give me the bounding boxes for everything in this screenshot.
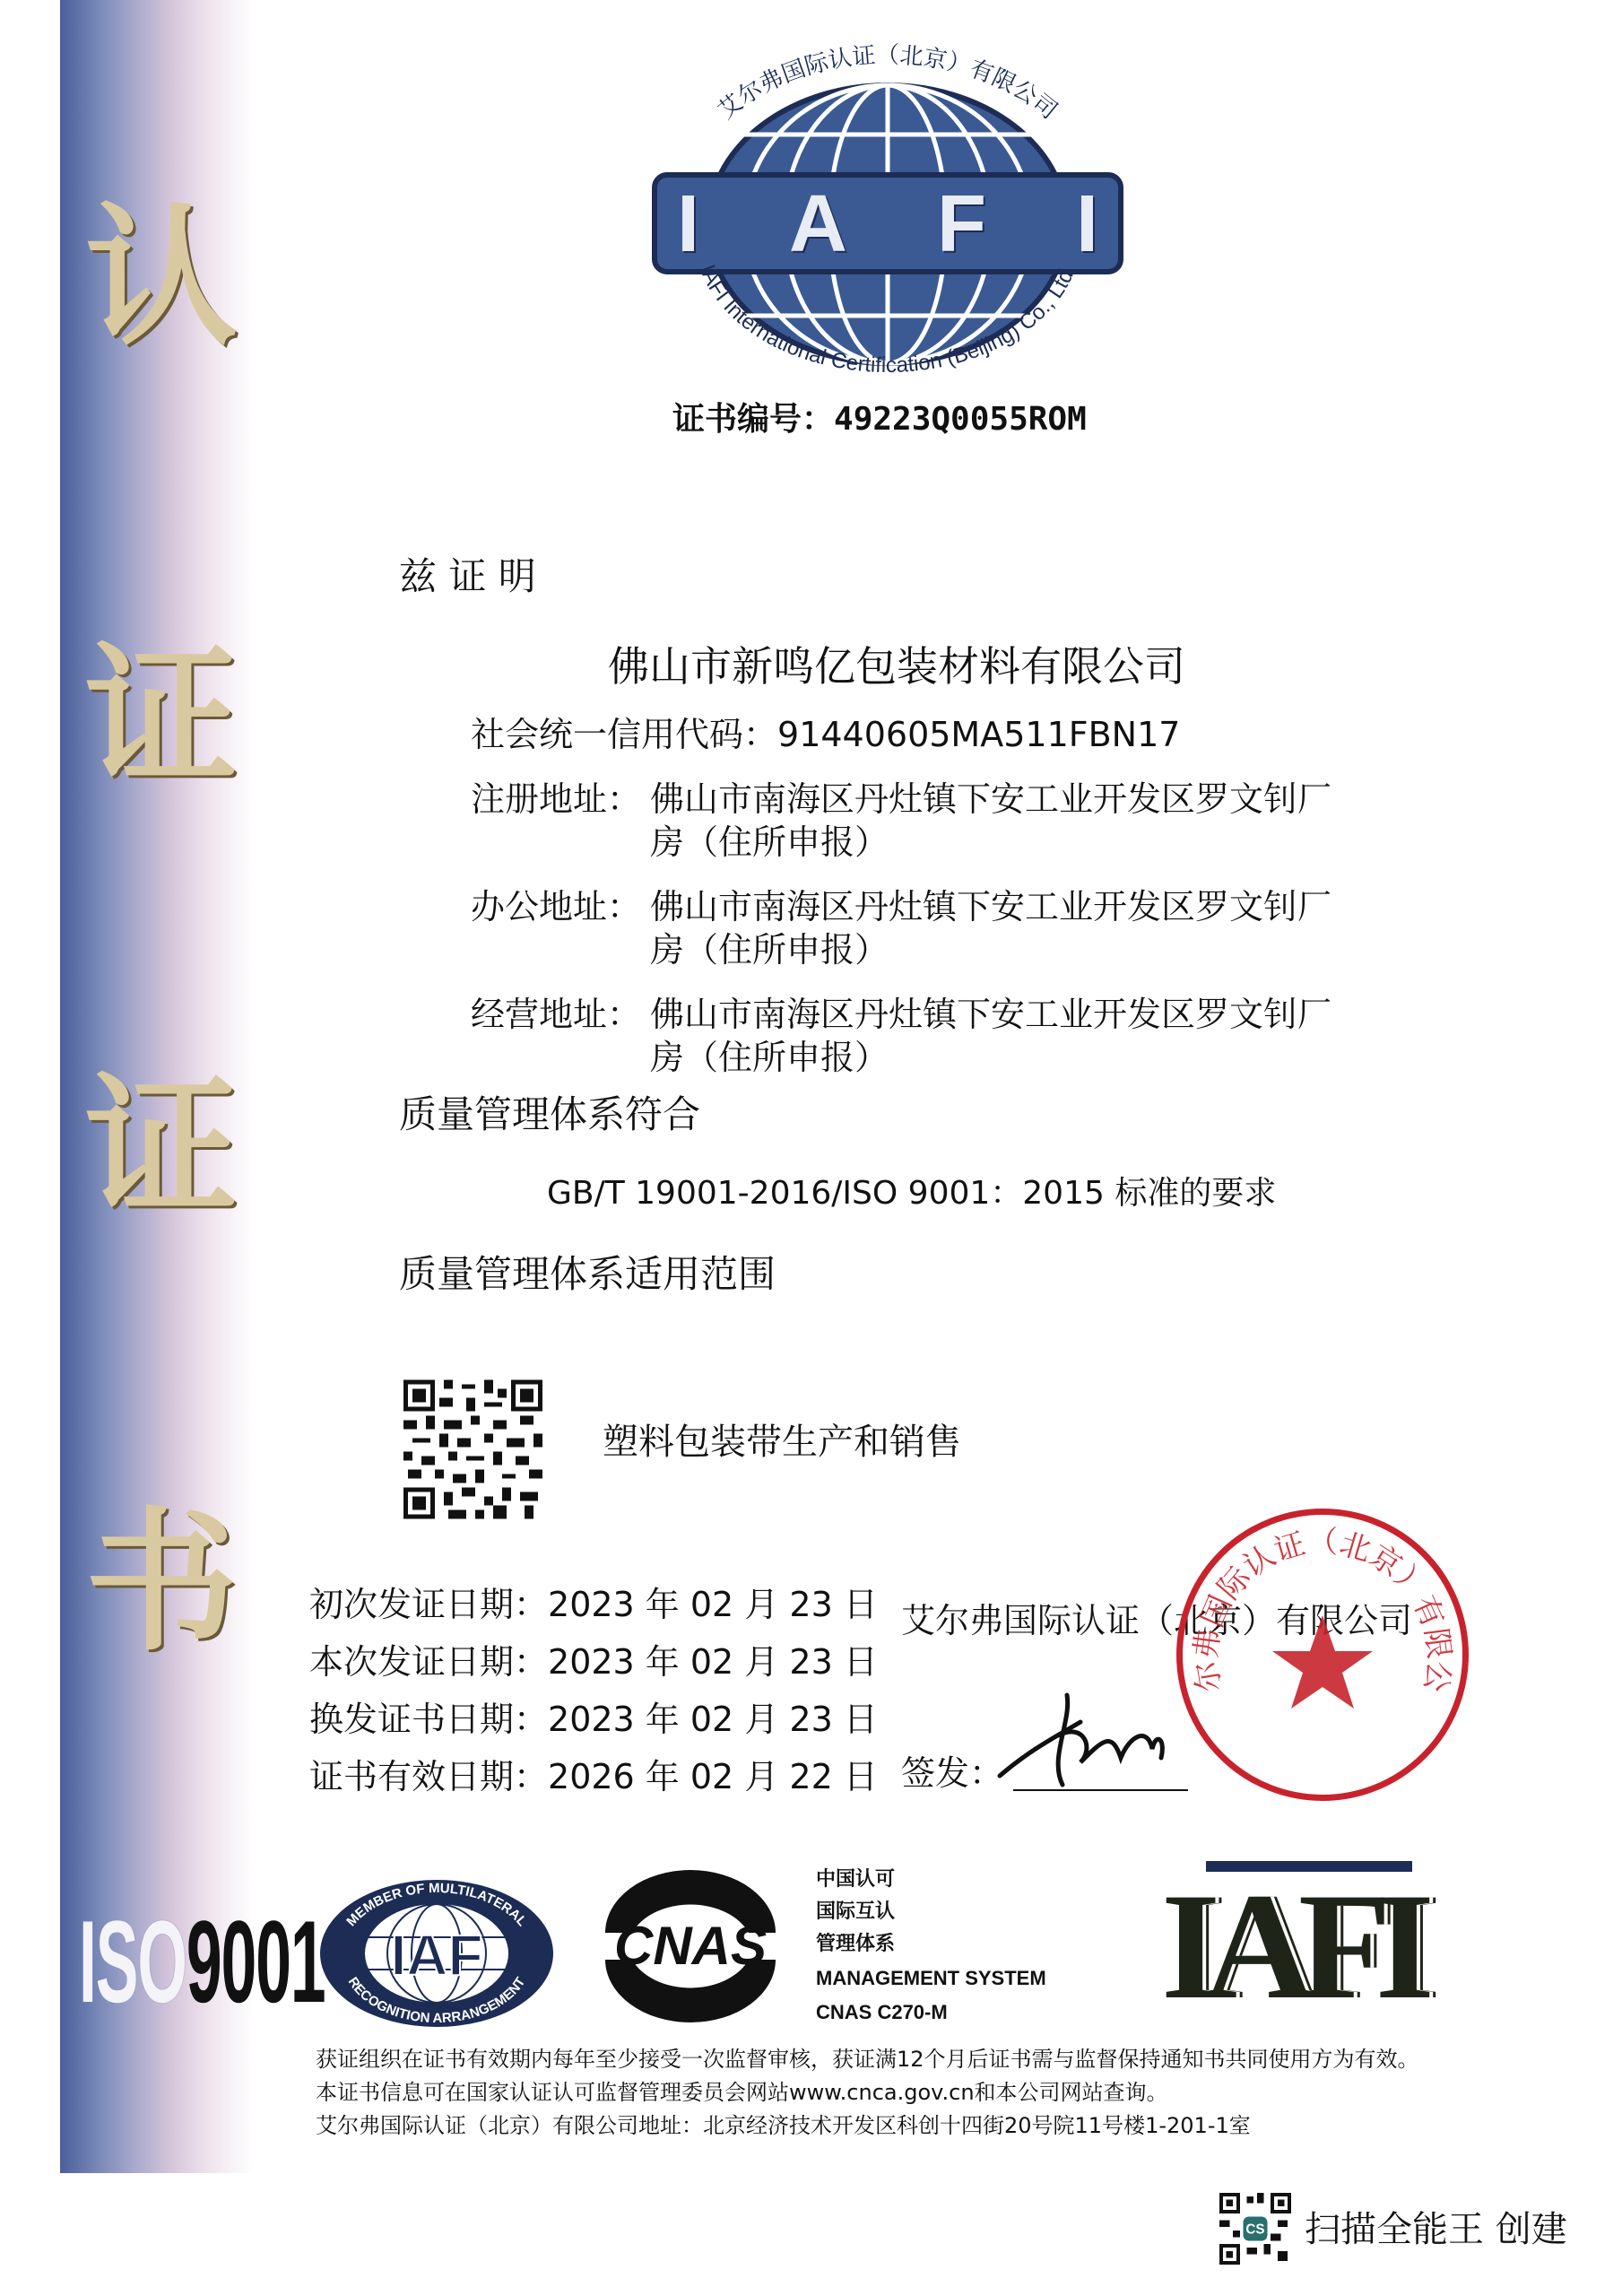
band-char-2: 证 [85,641,265,794]
date-value: 2023 年 02 月 23 日 [548,1642,878,1682]
company-name: 佛山市新鸣亿包装材料有限公司 [608,646,1185,687]
office-address: 办公地址：佛山市南海区丹灶镇下安工业开发区罗文钊厂 房（住所申报） [471,890,1331,967]
certify-heading: 兹 证 明 [399,558,536,596]
date-value: 2023 年 02 月 23 日 [548,1585,878,1624]
registered-address: 注册地址：佛山市南海区丹灶镇下安工业开发区罗文钊厂 房（住所申报） [471,782,1331,859]
cs-badge: CS [1245,2222,1264,2238]
scanner-qr-code[interactable]: CS [1219,2193,1291,2265]
credit-code-value: 91440605MA511FBN17 [777,715,1180,754]
logo-letter-f: F [937,184,986,265]
cnas-logo: CNAS [587,1870,794,2022]
band-char-3: 证 [85,1072,265,1224]
iaf-mla-logo: IAF MEMBER OF MULTILATERAL RECOGNITION A… [316,1874,558,2027]
iaf-logo-icon: IAF MEMBER OF MULTILATERAL RECOGNITION A… [316,1874,558,2027]
band-char-1: 认 [85,202,265,354]
address-line2: 房（住所申报） [650,933,889,967]
standard-text: GB/T 19001-2016/ISO 9001：2015 标准的要求 [547,1178,1276,1210]
scanner-watermark-text: 扫描全能王 创建 [1305,2212,1567,2248]
date-label: 证书有效日期： [309,1757,548,1796]
iso-9001-mark: ISO9001 [79,1903,325,2020]
address-label: 注册地址： [471,782,650,816]
iafi-mark-logo: IAFI [1152,1861,1475,2031]
cnas-line-5: CNAS C270-M [816,2003,948,2022]
qr-code-icon [403,1378,542,1520]
seal-icon: 艾尔弗国际认证（北京）有限公司 [1183,1515,1462,1795]
address-line1: 佛山市南海区丹灶镇下安工业开发区罗文钊厂 [650,997,1331,1031]
signature-mark [995,1686,1184,1794]
conformity-heading: 质量管理体系符合 [399,1096,700,1134]
date-label: 初次发证日期： [309,1585,548,1624]
cnas-line-2: 国际互认 [816,1902,895,1922]
iso-number: 9001 [186,1896,325,2027]
cert-number-label: 证书编号： [672,401,834,438]
cnas-line-3: 管理体系 [816,1935,895,1954]
credit-code: 社会统一信用代码：91440605MA511FBN17 [471,717,1180,752]
cnas-line-1: 中国认可 [816,1870,895,1890]
date-value: 2023 年 02 月 23 日 [548,1700,878,1739]
scope-heading: 质量管理体系适用范围 [399,1256,776,1293]
business-address: 经营地址：佛山市南海区丹灶镇下安工业开发区罗文钊厂 房（住所申报） [471,997,1331,1074]
date-value: 2026 年 02 月 22 日 [548,1757,878,1796]
cert-number: 证书编号：49223Q0055ROM [672,404,1087,436]
signature-icon [995,1686,1184,1794]
logo-letter-i2: I [1076,184,1098,265]
date-row-reissue: 换发证书日期：2023 年 02 月 23 日 [309,1702,878,1760]
date-row-current: 本次发证日期：2023 年 02 月 23 日 [309,1645,878,1702]
footer-line-3: 艾尔弗国际认证（北京）有限公司地址：北京经济技术开发区科创十四街20号院11号楼… [316,2115,1251,2136]
iaf-center-text: IAF [390,1923,482,1987]
address-label: 经营地址： [471,997,650,1031]
verification-qr-code[interactable] [403,1378,542,1520]
date-row-expiry: 证书有效日期：2026 年 02 月 22 日 [309,1760,878,1817]
cert-number-value: 49223Q0055ROM [834,401,1087,438]
footer-line-1: 获证组织在证书有效期内每年至少接受一次监督审核，获证满12个月后证书需与监督保持… [316,2048,1419,2070]
address-label: 办公地址： [471,890,650,924]
scope-text: 塑料包装带生产和销售 [603,1424,961,1460]
address-line1: 佛山市南海区丹灶镇下安工业开发区罗文钊厂 [650,890,1331,924]
address-line2: 房（住所申报） [650,825,889,859]
address-line2: 房（住所申报） [650,1040,889,1074]
date-row-initial: 初次发证日期：2023 年 02 月 23 日 [309,1587,878,1645]
date-label: 换发证书日期： [309,1700,548,1739]
cnas-logo-text: CNAS [614,1916,767,1976]
iso-label: ISO [79,1896,186,2027]
cnas-logo-icon: CNAS [587,1870,794,2022]
iafi-mark-text: IAFI [1161,1870,1418,2022]
logo-letter-i: I [677,184,699,265]
credit-code-label: 社会统一信用代码： [471,715,777,754]
company-seal: 艾尔弗国际认证（北京）有限公司 [1176,1509,1469,1801]
band-char-4: 书 [85,1507,265,1659]
sign-label: 签发： [901,1756,1003,1790]
iafi-logo: 艾尔弗国际认证（北京）有限公司 IAFI International Certi… [628,36,1148,395]
date-label: 本次发证日期： [309,1642,548,1682]
dates-block: 初次发证日期：2023 年 02 月 23 日 本次发证日期：2023 年 02… [309,1587,878,1817]
logo-letter-a: A [789,184,847,265]
address-line1: 佛山市南海区丹灶镇下安工业开发区罗文钊厂 [650,782,1331,816]
cnas-line-4: MANAGEMENT SYSTEM [816,1969,1046,1988]
logo-letters: I A F I [677,181,1098,267]
star-icon [1272,1615,1373,1709]
qr-code-icon: CS [1219,2193,1291,2265]
footer-line-2: 本证书信息可在国家认证认可监督管理委员会网站www.cnca.gov.cn和本公… [316,2082,1168,2103]
